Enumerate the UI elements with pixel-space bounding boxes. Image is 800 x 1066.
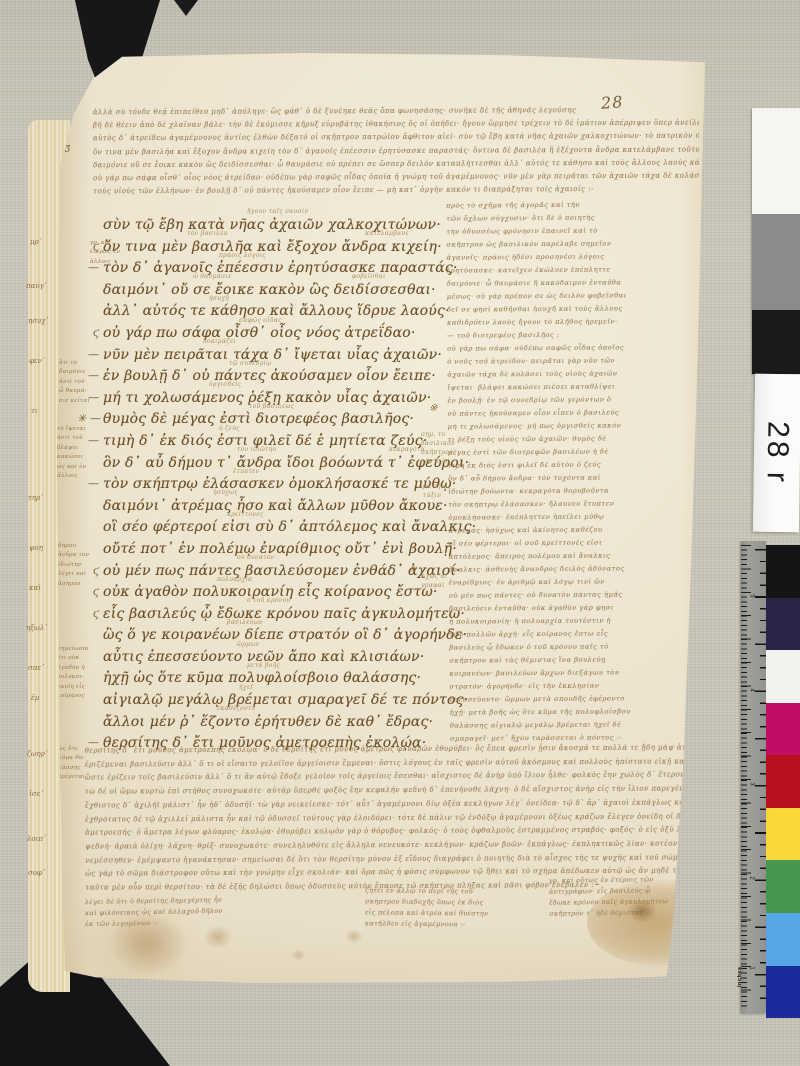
ruler-number: 5 — [749, 594, 755, 597]
gutter-word: καὶ — [29, 584, 41, 592]
side-gloss: ἐκ διός — [425, 458, 449, 465]
scholia-line: ἀχαιῶν τάχα δὲ κολάσει τοὺς υἱοὺς ἀχαιῶν — [447, 367, 643, 381]
gutter-word: τηρ᾽ — [28, 494, 44, 502]
color-patch — [766, 598, 800, 651]
folio-label-text: 28 r — [760, 421, 795, 485]
margin-scholium-line: τὸ ἴψεται — [57, 425, 113, 434]
margin-scholium: δήμουἄνδρα τὸνἰδιώτηνλέγει καὶἄσημον — [58, 542, 114, 589]
color-patch — [766, 703, 800, 756]
color-calibration-bar — [766, 545, 800, 1018]
margin-scholium-line: σημείωσαι — [57, 645, 113, 654]
margin-scholium-line: ὦ θαυμά- — [59, 387, 115, 396]
gutter-word: ησυχ᾽ — [28, 317, 49, 325]
scholia-line: ἴψεται· βλάψει κακώσει πιέσει καταθλίψει — [447, 380, 643, 394]
side-gloss: ὅρα τὴν — [419, 483, 445, 490]
margin-scholium-line: κοίρανος — [57, 692, 113, 701]
bottom-scholia-block: θερσίτης δ᾽ ἔτι μοῦνος ἀμετροεπὴς ἐκολῴα… — [85, 741, 734, 895]
margin-scholium-line: δήμου — [58, 542, 114, 551]
gutter-word: τι — [31, 407, 38, 415]
margin-scholium-line: πολυκοι- — [57, 673, 113, 682]
gutter-word: ἰσε᾽ — [29, 790, 44, 798]
grayscale-patch — [752, 310, 800, 374]
margin-scholium-line: βλάψει — [57, 444, 113, 453]
right-scholia-column: πρὸς τὸ σχῆμα τῆς ἀγορᾶς καὶ τὴντῶν ὄχλω… — [446, 198, 646, 745]
margin-scholium: ὅτι τὸδαιμόνιεἀντὶ τοῦὦ θαυμά-σιε κεῖται — [59, 359, 115, 406]
scholia-line: οὐ μέν πως πάντες· οὐ δυνατὸν πάντας ἡμᾶ… — [449, 588, 645, 602]
margin-scholium-line: σιε κεῖται — [59, 397, 115, 406]
gutter-word: ζωηρ᾽ — [27, 750, 48, 758]
margin-scholium-line: κακώσει — [57, 453, 113, 462]
margin-scholium-line: ἄσημον — [58, 580, 114, 589]
ruler-number: 4 — [749, 688, 755, 691]
ruler-unit-label: Inches — [737, 967, 743, 987]
margin-scholium: γρ. καὶἑτέρως ἐνἄλλοις — [90, 239, 146, 267]
color-patch — [766, 808, 800, 861]
stain — [627, 899, 657, 923]
gutter-word: σπε᾽ — [28, 664, 45, 672]
gutter-word: μρ᾽ — [30, 238, 42, 246]
parchment-page: 28 Ӡ ἀλλὰ σὺ τόνδε θεᾷ ἐπιπείθεο μηδ᾽ ἀπ… — [57, 53, 707, 983]
scholia-line: μή τι χολωσάμενος· μή πως ὀργισθεὶς κακό… — [448, 419, 644, 433]
color-patch — [766, 650, 800, 703]
margin-scholium-line: ἄνδρα τὸν — [58, 551, 114, 560]
margin-scholium-line: ἀντὶ τοῦ — [57, 434, 113, 443]
color-patch — [766, 860, 800, 913]
stain — [109, 911, 187, 977]
stain — [203, 925, 233, 949]
scholia-line: ἐν βουλῇ· ἐν τῷ συνεδρίῳ τῶν γερόντων ὃ — [447, 393, 643, 407]
margin-scholium-line: γρ. καὶ — [90, 239, 146, 248]
scholia-line: ἄναλκις· ἀσθενὴς ἄνανδρος δειλὸς ἀδύνατο… — [449, 562, 645, 576]
ruler-number: 2 — [749, 876, 755, 879]
margin-scholium: τὸ ἴψεταιἀντὶ τοῦβλάψεικακώσειὡς καὶ ἐνἄ… — [57, 425, 113, 481]
side-gloss: ※ — [429, 403, 438, 414]
margin-scholium-line: λέγει καὶ — [58, 570, 114, 579]
color-patch — [766, 755, 800, 808]
gutter-word: λοιπ᾽ — [27, 835, 47, 843]
margin-scholium-line: ἄλλοις — [90, 258, 146, 267]
ruler-ticks-cm-major — [741, 545, 751, 1009]
bottom-note-center: ζήτει ἐν ἄλλῳ τὸ περὶ τῆς τοῦσκήπτρου δι… — [365, 885, 489, 930]
side-gloss: γραφαί — [421, 582, 445, 589]
manuscript-photo: μρ᾽παυγ᾽ησυχ᾽φεν᾽τιτηρ᾽ψοηκαὶηξωλ᾽σπε᾽ἐμ… — [0, 0, 800, 1066]
margin-scholium-line: ἑτέρως ἐν — [90, 248, 146, 257]
ruler-number: 3 — [749, 782, 755, 785]
color-patch — [766, 545, 800, 598]
gutter-word: ἐμ — [31, 694, 39, 702]
stain — [345, 929, 363, 944]
gutter-word: σοφ᾽ — [28, 869, 45, 877]
grayscale-calibration-strip — [752, 108, 800, 374]
margin-scholium-line: ὅτι τὸ — [59, 359, 115, 368]
margin-scholium-line: ἄλλοις — [57, 472, 113, 481]
margin-scholium-line: δαιμόνιε — [59, 368, 115, 377]
side-gloss: σημ. τὸ — [421, 431, 445, 438]
scholia-line: κοιρανέων· βασιλεύων ἄρχων διεξάγων τὸν — [449, 666, 645, 680]
margin-scholium-line: ὡς καὶ ἐν — [57, 463, 113, 472]
side-gloss: τάξιν — [423, 492, 441, 499]
grayscale-patch — [752, 108, 800, 214]
folio-label-tab: 28 r — [753, 374, 800, 533]
ruler-number: 1 — [749, 966, 755, 969]
color-patch — [766, 966, 800, 1019]
side-gloss: ✳ — [409, 565, 417, 575]
side-gloss: διχῶς αἱ — [419, 573, 448, 580]
margin-scholium-line: ὅτι οὐκ — [57, 654, 113, 663]
note-line: κατῆλθεν εἰς ἀγαμέμνονα :- — [365, 918, 488, 930]
ruler-ticks-inch-major — [755, 549, 766, 1005]
gutter-word: παυγ᾽ — [26, 282, 47, 290]
gutter-word: ηξωλ᾽ — [26, 624, 48, 632]
color-patch — [766, 913, 800, 966]
margin-scholium-line: ρανίη εἷς — [57, 683, 113, 692]
margin-scholium-line: ἀντὶ τοῦ — [59, 378, 115, 387]
scholia-line: καθιδρύειν λαοὺς ἤγουν τὸ πλῆθος ἠρεμεῖν… — [447, 315, 643, 329]
margin-scholium-line: ἰδιώτην — [58, 561, 114, 570]
stain — [291, 949, 306, 961]
grayscale-patch — [752, 214, 800, 310]
stain — [587, 879, 739, 967]
ruler: 54321 Inches — [741, 541, 766, 1013]
gutter-word: φεν᾽ — [29, 357, 45, 365]
margin-scholium-line: ἀγαθὸν ἡ — [57, 664, 113, 673]
gutter-word: ψοη — [29, 544, 43, 552]
margin-scholium: σημείωσαιὅτι οὐκἀγαθὸν ἡπολυκοι-ρανίη εἷ… — [57, 645, 113, 701]
